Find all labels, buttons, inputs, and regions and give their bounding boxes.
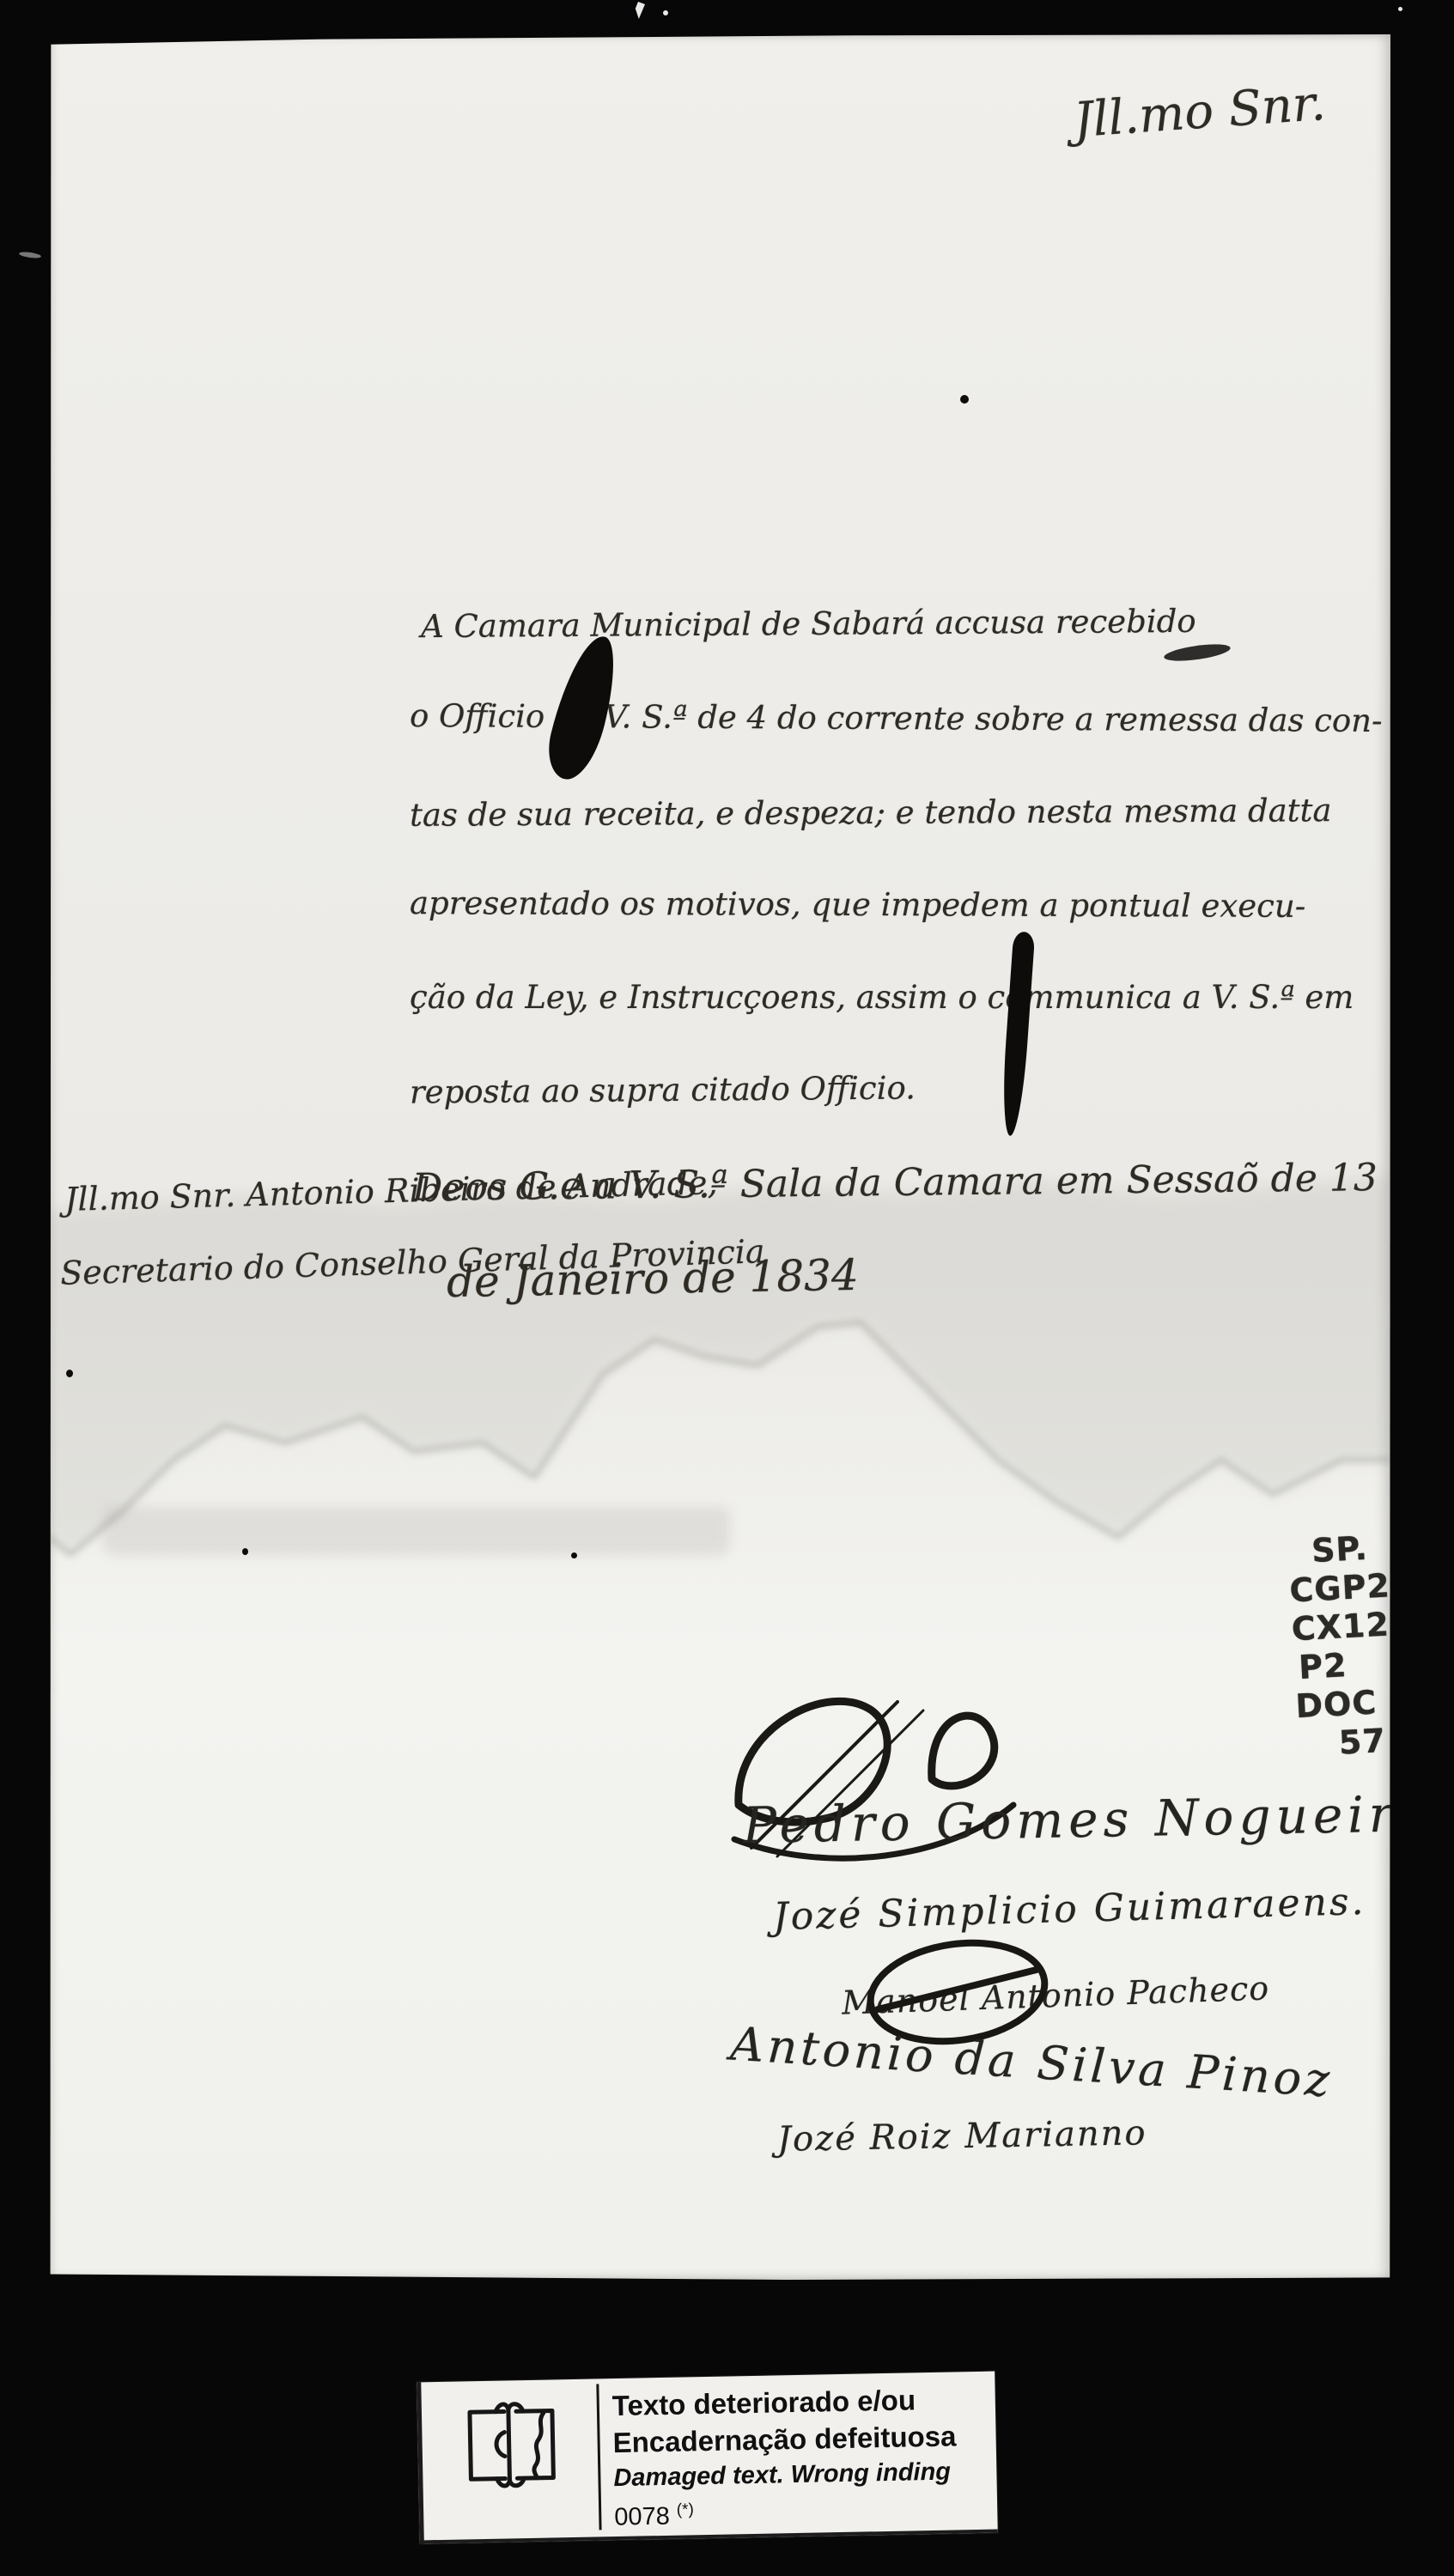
body-line-4: apresentado os motivos, que impedem a po… bbox=[410, 884, 1305, 925]
archive-code-line: 57 bbox=[1338, 1720, 1410, 1762]
archive-code-line: CX12 bbox=[1291, 1605, 1404, 1649]
ink-dot bbox=[66, 1370, 73, 1377]
archive-code-line: P2 bbox=[1298, 1643, 1406, 1687]
archive-code-line: SP. bbox=[1311, 1528, 1400, 1571]
archive-code-line: CGP2 bbox=[1288, 1566, 1402, 1611]
manuscript-page: Jll.mo Snr. A Camara Municipal de Sabará… bbox=[49, 34, 1390, 2280]
frame-number: 0078 (*) bbox=[614, 2488, 984, 2534]
damage-label-card: Texto deteriorado e/ou Encadernação defe… bbox=[417, 2372, 997, 2544]
film-speck bbox=[631, 2, 645, 19]
damage-text-en: Damaged text. Wrong inding bbox=[613, 2454, 983, 2495]
archive-reference-code: SP. CGP2 CX12 P2 DOC 57 bbox=[1287, 1528, 1410, 1765]
label-divider bbox=[596, 2384, 601, 2530]
ink-dot bbox=[960, 395, 969, 404]
ink-bleed-ghost bbox=[103, 1507, 730, 1555]
footnote-marker: (*) bbox=[677, 2500, 694, 2518]
frame-number-value: 0078 bbox=[614, 2503, 670, 2531]
body-line-6: reposta ao supra citado Officio. bbox=[410, 1069, 916, 1110]
damaged-book-icon bbox=[459, 2395, 566, 2496]
ink-dot bbox=[242, 1548, 248, 1555]
body-line-1: A Camara Municipal de Sabará accusa rece… bbox=[421, 603, 1196, 645]
body-line-3: tas de sua receita, e despeza; e tendo n… bbox=[410, 792, 1332, 834]
signature-5: Jozé Roiz Marianno bbox=[777, 2113, 1147, 2160]
signature-1: Pedro Gomes Nogueira bbox=[742, 1784, 1433, 1855]
microfilm-scan: Jll.mo Snr. A Camara Municipal de Sabará… bbox=[0, 0, 1454, 2576]
film-speck bbox=[19, 251, 42, 259]
film-speck bbox=[1398, 7, 1402, 11]
archive-code-line: DOC bbox=[1294, 1682, 1408, 1727]
film-speck bbox=[663, 10, 668, 15]
body-line-5: ção da Ley, e Instrucçoens, assim o comm… bbox=[410, 979, 1354, 1016]
ink-dot bbox=[571, 1552, 577, 1558]
